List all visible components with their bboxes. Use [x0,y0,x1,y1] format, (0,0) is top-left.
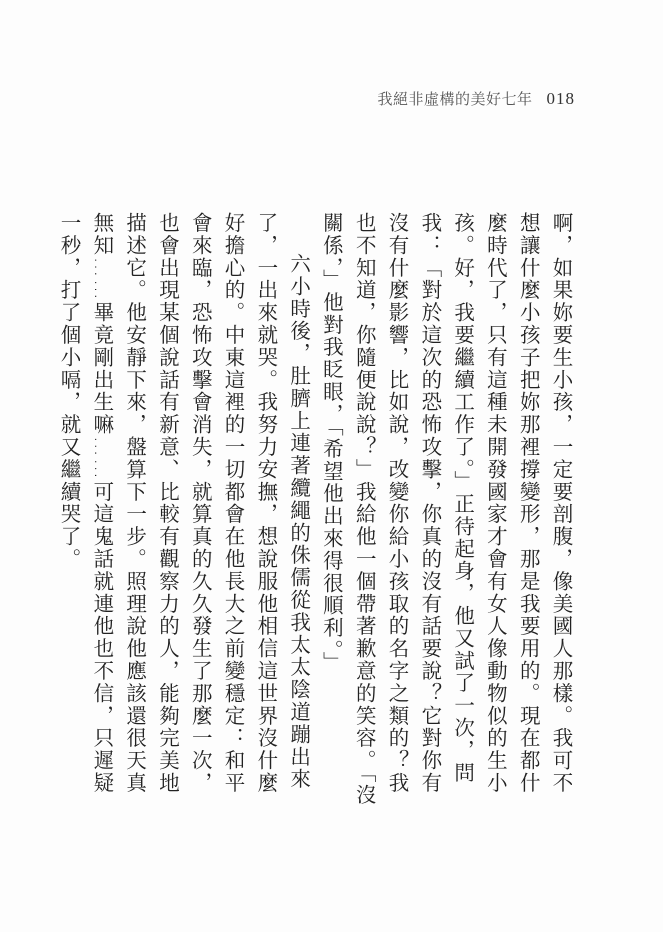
vertical-body-text: 啊，如果妳要生小孩，一定要剖腹，像美國人那樣。我可不想讓什麼小孩子把妳那裡撐變形… [52,212,577,812]
book-title: 我絕非虛構的美好七年 [377,88,532,109]
page-number: 018 [547,89,576,109]
running-header: 我絕非虛構的美好七年 018 [377,88,575,109]
paragraph-2: 六小時後，肚臍上連著纜繩的侏儒從我太太陰道蹦出來了，一出來就哭。我努力安撫，想說… [52,212,314,812]
paragraph-1: 啊，如果妳要生小孩，一定要剖腹，像美國人那樣。我可不想讓什麼小孩子把妳那裡撐變形… [315,212,577,812]
book-page: 我絕非虛構的美好七年 018 啊，如果妳要生小孩，一定要剖腹，像美國人那樣。我可… [0,0,663,932]
